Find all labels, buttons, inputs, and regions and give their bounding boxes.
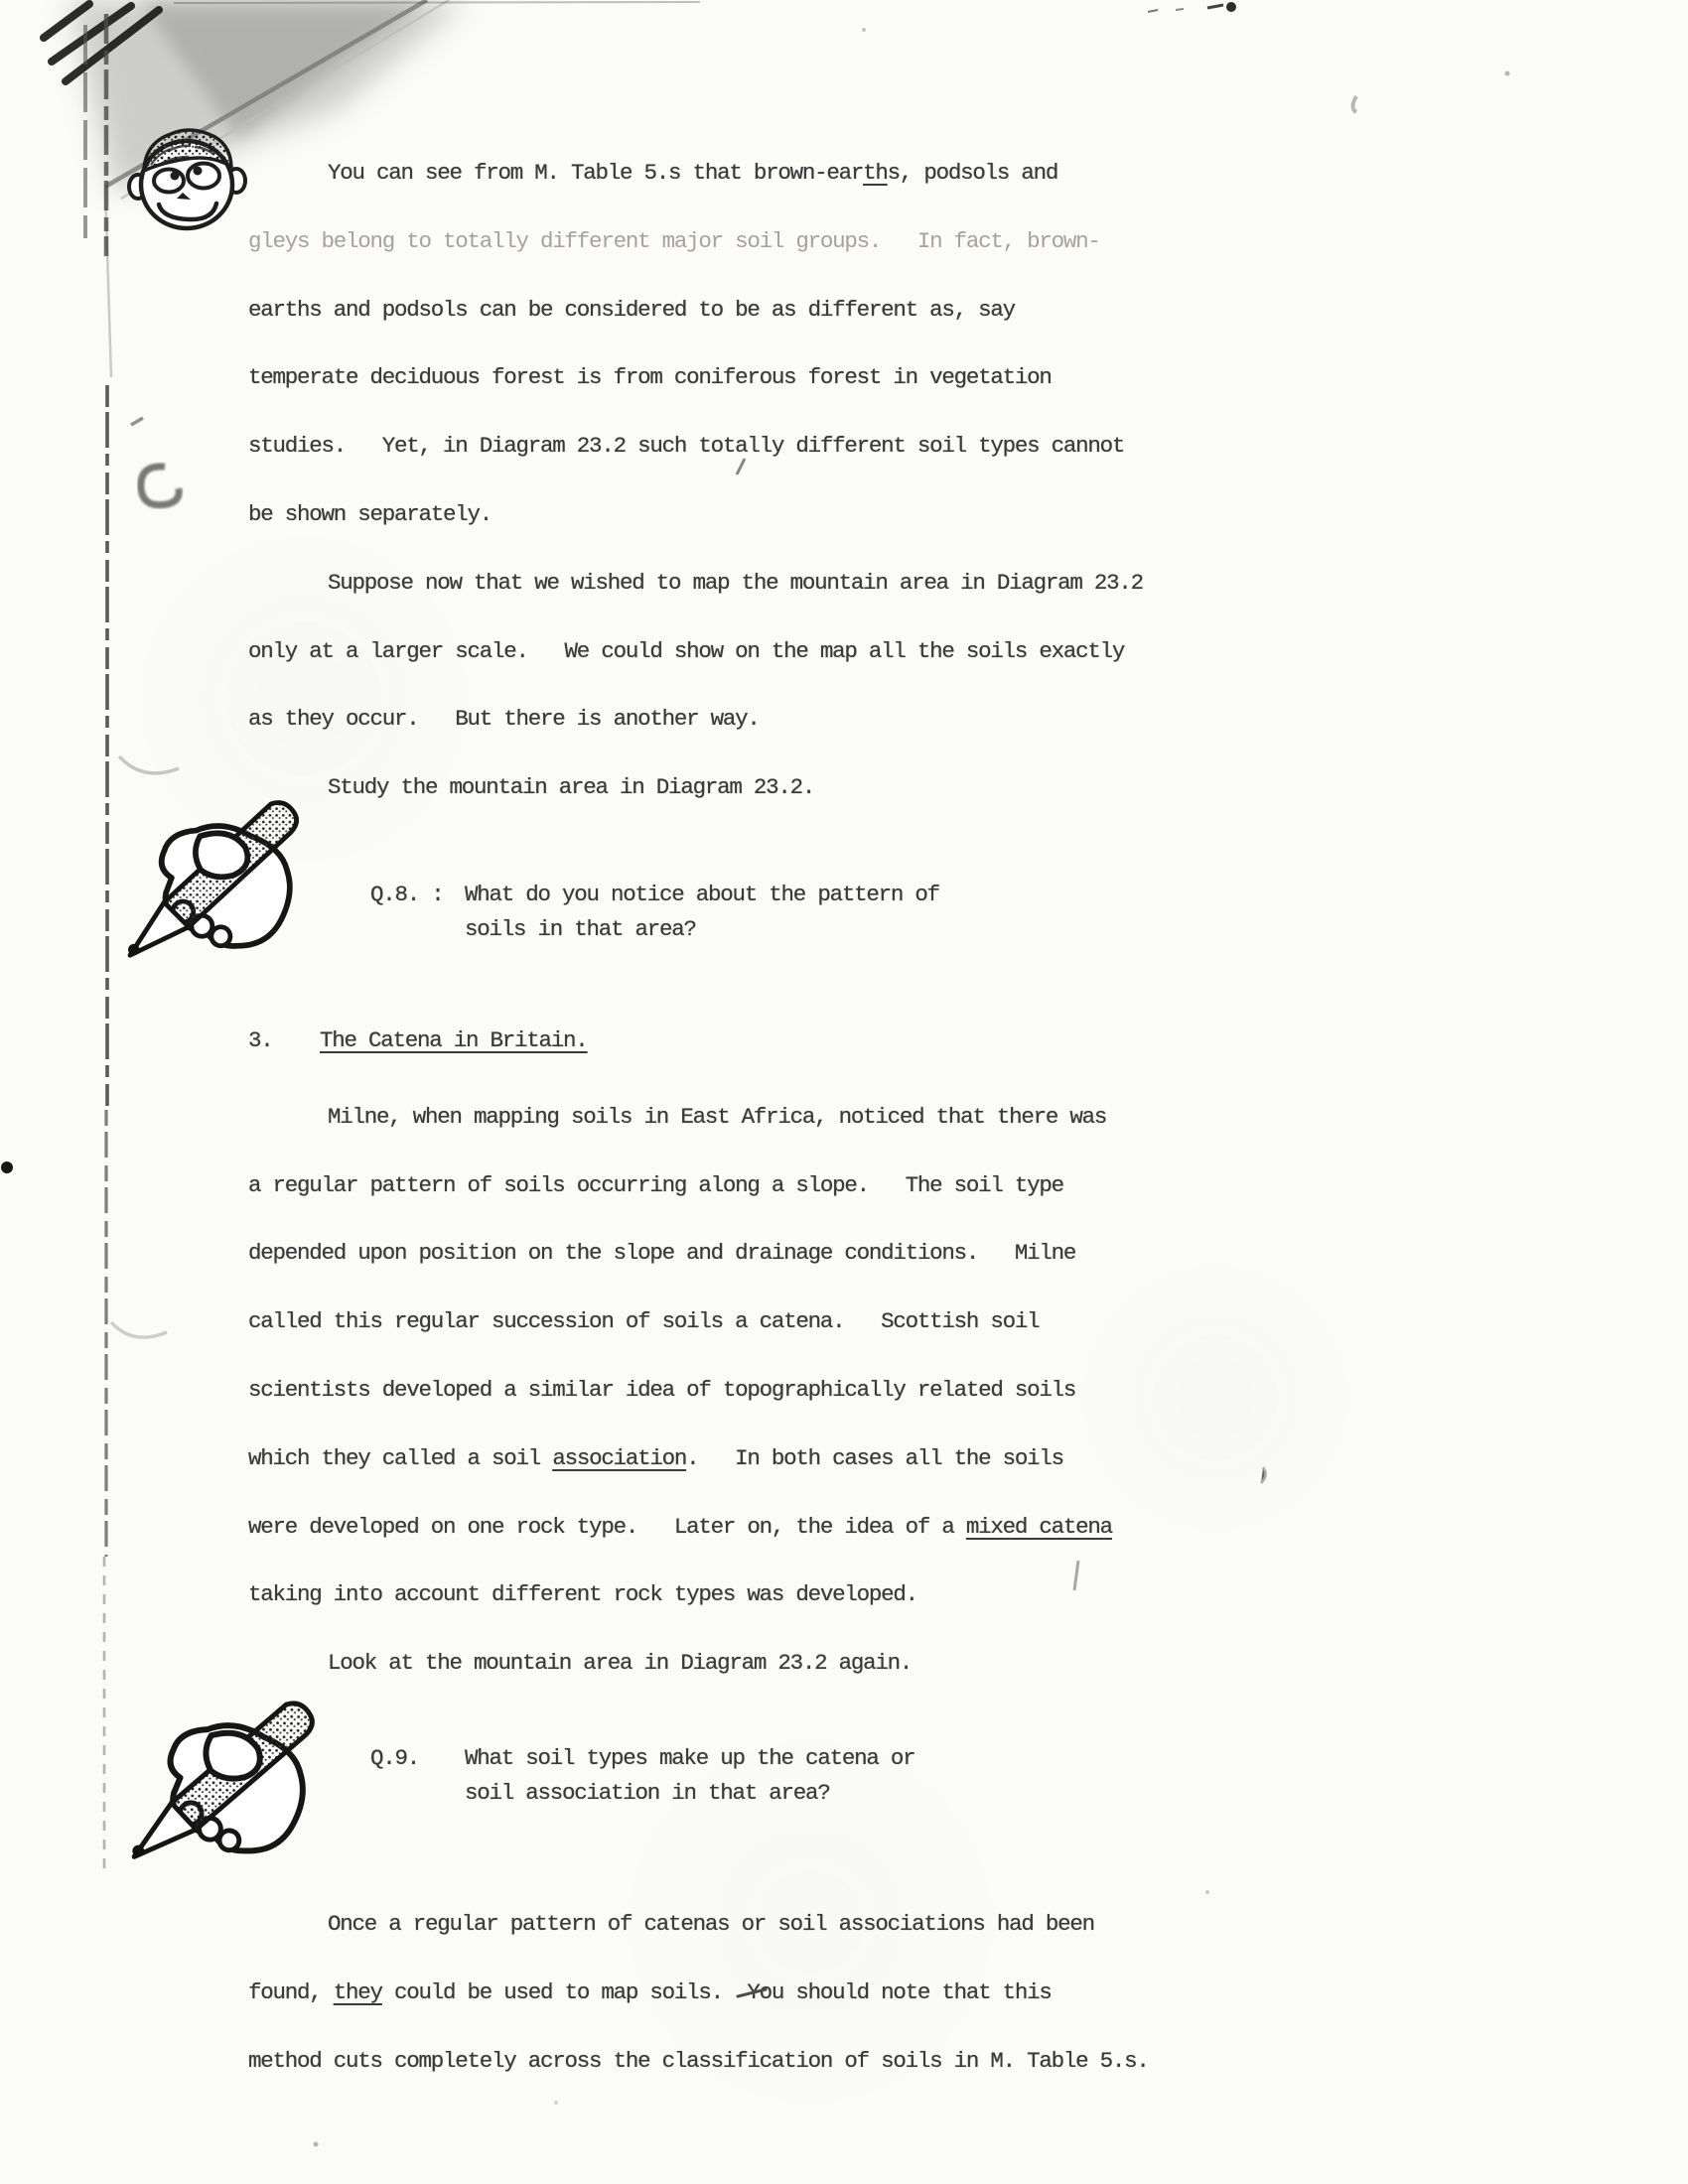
scanned-document-page: You can see from M. Table 5.s that brown…: [0, 0, 1688, 2184]
text-segment: could be used to map soils.: [382, 1979, 748, 2005]
question-text: What do you notice about the pattern ofs…: [465, 878, 939, 947]
question-text: What soil types make up the catena orsoi…: [465, 1741, 914, 1811]
para-closing: Once a regular pattern of catenas or soi…: [248, 1890, 1479, 2095]
underlined-text: they: [334, 1979, 382, 2005]
text-segment: Suppose now that we wished to map the mo…: [328, 570, 1143, 596]
text-line: called this regular succession of soils …: [248, 1288, 1479, 1356]
margin-scan-line: [85, 14, 107, 1871]
text-segment: Milne, when mapping soils in East Africa…: [328, 1104, 1106, 1130]
text-line: Look at the mountain area in Diagram 23.…: [248, 1629, 1479, 1698]
text-line: were developed on one rock type. Later o…: [248, 1493, 1479, 1562]
crease-line-3: [105, 187, 111, 377]
text-segment: were developed on one rock type. Later o…: [248, 1514, 966, 1540]
text-line: scientists developed a similar idea of t…: [248, 1356, 1479, 1425]
text-segment: s, podsols and: [888, 160, 1058, 186]
text-segment: You: [747, 1979, 783, 2005]
text-line: which they called a soil association. In…: [248, 1425, 1479, 1493]
text-segment: a regular pattern of soils occurring alo…: [248, 1172, 1063, 1198]
text-segment: scientists developed a similar idea of t…: [248, 1377, 1075, 1403]
question-line: What soil types make up the catena or: [465, 1741, 914, 1776]
text-line: Milne, when mapping soils in East Africa…: [248, 1083, 1479, 1152]
small-mark: [131, 418, 143, 425]
text-segment: Once a regular pattern of catenas or soi…: [328, 1911, 1094, 1937]
text-segment: as they occur. But there is another way.: [248, 706, 760, 732]
section-number: 3.: [248, 1007, 320, 1075]
text-segment: only at a larger scale. We could show on…: [248, 638, 1124, 664]
document-text: You can see from M. Table 5.s that brown…: [248, 139, 1479, 2095]
text-segment: taking into account different rock types…: [248, 1581, 917, 1607]
para-catena: Milne, when mapping soils in East Africa…: [248, 1083, 1479, 1698]
question-line: soil association in that area?: [465, 1776, 914, 1811]
text-line: Once a regular pattern of catenas or soi…: [248, 1890, 1479, 1959]
text-line: Suppose now that we wished to map the mo…: [248, 549, 1479, 617]
question-line: What do you notice about the pattern of: [465, 878, 939, 912]
text-line: You can see from M. Table 5.s that brown…: [248, 139, 1479, 207]
text-segment: . In both cases all the soils: [686, 1445, 1063, 1471]
page-edge-line: [174, 2, 700, 3]
text-line: be shown separately.: [248, 480, 1479, 549]
text-segment: Look at the mountain area in Diagram 23.…: [328, 1650, 912, 1676]
ink-smudge: [141, 467, 179, 505]
question-label: Q.8. :: [370, 878, 465, 947]
fold-shading-dark: [139, 0, 427, 139]
pencil-curve-mark-2: [111, 1322, 167, 1337]
question-8: Q.8. :What do you notice about the patte…: [370, 878, 1479, 947]
text-line: a regular pattern of soils occurring alo…: [248, 1152, 1479, 1220]
text-segment: Study the mountain area in Diagram 23.2.: [328, 774, 814, 800]
edge-dot: [1, 1161, 13, 1173]
text-segment: temperate deciduous forest is from conif…: [248, 364, 1052, 390]
corner-strokes: [44, 4, 159, 81]
text-segment: studies. Yet, in Diagram 23.2 such total…: [248, 433, 1124, 459]
text-line: temperate deciduous forest is from conif…: [248, 343, 1479, 412]
text-segment: earths and podsols can be considered to …: [248, 297, 1015, 323]
text-segment: method cuts completely across the classi…: [248, 2048, 1149, 2074]
text-line: method cuts completely across the classi…: [248, 2027, 1479, 2096]
question-label: Q.9.: [370, 1741, 465, 1811]
smiley-face-doodle: [125, 121, 250, 248]
text-segment: You can see from M. Table 5.s that brown…: [328, 160, 863, 186]
underlined-text: mixed catena: [966, 1514, 1112, 1540]
text-segment: called this regular succession of soils …: [248, 1308, 1039, 1334]
text-line: gleys belong to totally different major …: [248, 207, 1479, 276]
section-title: The Catena in Britain.: [320, 1027, 588, 1053]
text-line: found, they could be used to map soils. …: [248, 1959, 1479, 2027]
text-segment: gleys belong to totally different major …: [248, 228, 1100, 254]
text-segment: which they called a soil: [248, 1445, 552, 1471]
text-line: studies. Yet, in Diagram 23.2 such total…: [248, 412, 1479, 480]
text-segment: found,: [248, 1979, 334, 2005]
text-segment: depended upon position on the slope and …: [248, 1240, 1075, 1266]
para-main: You can see from M. Table 5.s that brown…: [248, 139, 1479, 822]
text-line: earths and podsols can be considered to …: [248, 276, 1479, 344]
text-segment: should note that this: [783, 1979, 1052, 2005]
section-3-heading: 3.The Catena in Britain.: [248, 1007, 1479, 1075]
text-line: taking into account different rock types…: [248, 1561, 1479, 1629]
question-line: soils in that area?: [465, 912, 939, 947]
underlined-text: association: [552, 1445, 686, 1471]
text-line: depended upon position on the slope and …: [248, 1219, 1479, 1288]
question-9: Q.9.What soil types make up the catena o…: [370, 1741, 1479, 1811]
thumb: [196, 833, 247, 877]
pencil-curve-mark: [119, 756, 179, 773]
text-line: Study the mountain area in Diagram 23.2.: [248, 753, 1479, 822]
underlined-text: th: [863, 160, 888, 186]
text-segment: be shown separately.: [248, 501, 492, 527]
text-line: only at a larger scale. We could show on…: [248, 617, 1479, 686]
text-line: as they occur. But there is another way.: [248, 685, 1479, 753]
